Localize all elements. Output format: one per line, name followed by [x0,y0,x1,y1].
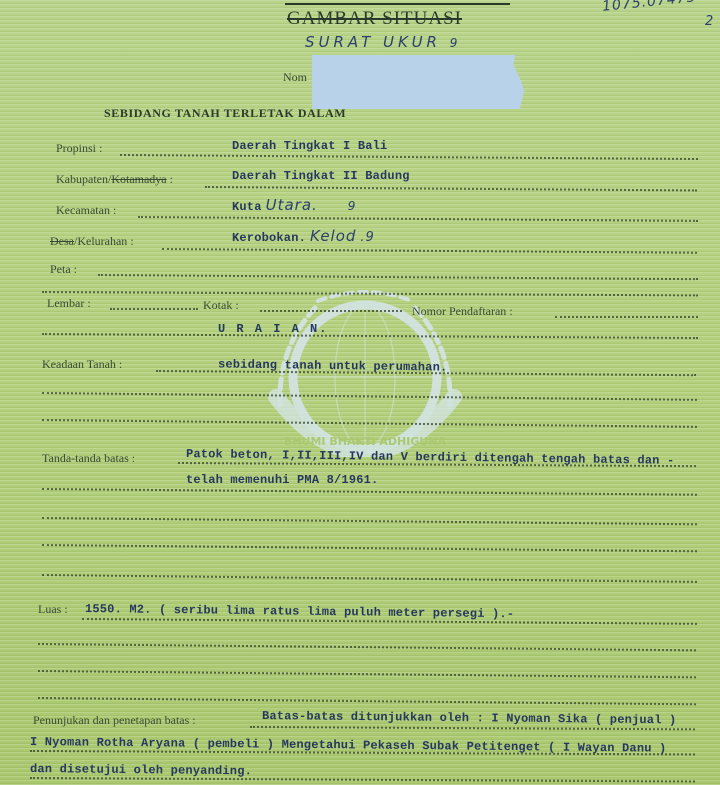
luas-dotted-line-2 [38,643,696,651]
handwritten-title-mark: 9 [450,36,458,50]
peta-dotted-line [98,274,698,280]
handwritten-title: SURAT UKUR 9 [305,33,457,51]
kelurahan-dotted-line [162,248,697,254]
penunjukan-line-1: Batas-batas ditunjukkan oleh : I Nyoman … [262,709,677,727]
kotak-label-text: Kotak [203,298,232,312]
lembar-label: Lembar : [47,296,91,311]
kecamatan-label-text: Kecamatan [56,203,110,217]
tanda-batas-dotted-line-2 [42,488,697,496]
propinsi-dotted-line [120,154,698,160]
penunjukan-label-text: Penunjukan dan penetapan batas [33,713,189,727]
keadaan-tanah-label-text: Keadaan Tanah [42,357,116,371]
propinsi-label: Propinsi : [56,141,102,156]
kabupaten-dotted-line [205,186,697,191]
kotak-dotted-line [260,310,402,312]
kelurahan-typed-value: Kerobokan. [232,231,306,245]
handwritten-mark: 2 [705,14,714,29]
kabupaten-label: Kabupaten/Kotamadya : [56,172,173,187]
kecamatan-handwritten-value: Utara. [266,196,318,214]
section-heading: SEBIDANG TANAH TERLETAK DALAM [104,106,346,121]
kecamatan-typed-value: Kuta [232,200,262,214]
nomor-pendaftaran-dotted-line [555,316,698,318]
title-rule [285,3,510,5]
lembar-dotted-line [110,308,198,310]
kelurahan-label: Desa/Kelurahan : [50,234,134,249]
kelurahan-value: Kerobokan. Kelod .9 [232,227,375,246]
tanda-batas-dotted-line-3 [42,517,697,525]
desa-struck-label: Desa [50,234,74,248]
lembar-label-text: Lembar [47,296,84,310]
kotamadya-struck-label: Kotamadya [111,172,166,186]
tanda-batas-label-text: Tanda-tanda batas [42,451,129,465]
tanda-batas-dotted-line-4 [42,544,697,552]
luas-dotted-line-3 [38,670,696,678]
tanda-batas-dotted-line-5 [42,574,697,583]
kecamatan-value: Kuta Utara. 9 [232,196,356,215]
nomor-pendaftaran-label: Nomor Pendaftaran : [412,304,513,319]
tanda-batas-label: Tanda-tanda batas : [42,451,135,466]
penunjukan-line-3: dan disetujui oleh penyanding. [30,762,252,778]
penunjukan-dotted-line-3 [30,777,695,782]
keadaan-tanah-label: Keadaan Tanah : [42,357,122,372]
nomor-pendaftaran-label-text: Nomor Pendaftaran [412,304,506,318]
nomor-label: Nom [283,70,307,85]
luas-label: Luas : [38,602,68,617]
luas-dotted-line-4 [38,697,696,705]
luas-label-text: Luas [38,602,61,616]
peta-label-text: Peta [50,262,71,276]
penunjukan-label: Penunjukan dan penetapan batas : [33,713,196,728]
kabupaten-value: Daerah Tingkat II Badung [232,169,410,183]
handwritten-reference-number: 1075.07475 [601,0,697,15]
document-title: GAMBAR SITUASI [287,8,462,30]
propinsi-value: Daerah Tingkat I Bali [232,139,387,153]
redaction-patch [312,55,524,109]
kecamatan-dotted-line [138,216,698,222]
propinsi-label-text: Propinsi [56,141,96,155]
kelurahan-handwritten-value: Kelod [310,227,356,245]
peta-label: Peta : [50,262,77,277]
kelurahan-handwritten-mark: .9 [360,230,374,245]
kelurahan-label-text: /Kelurahan [74,234,127,248]
kecamatan-handwritten-mark: 9 [348,199,357,213]
kotak-label: Kotak : [203,298,239,313]
svg-text:BHUMI BHAKTI ADHIGUNA: BHUMI BHAKTI ADHIGUNA [284,435,447,448]
kabupaten-label-prefix: Kabupaten/ [56,172,111,186]
kecamatan-label: Kecamatan : [56,203,116,218]
handwritten-title-text: SURAT UKUR [305,33,441,51]
tanda-batas-line-2: telah memenuhi PMA 8/1961. [186,473,378,487]
